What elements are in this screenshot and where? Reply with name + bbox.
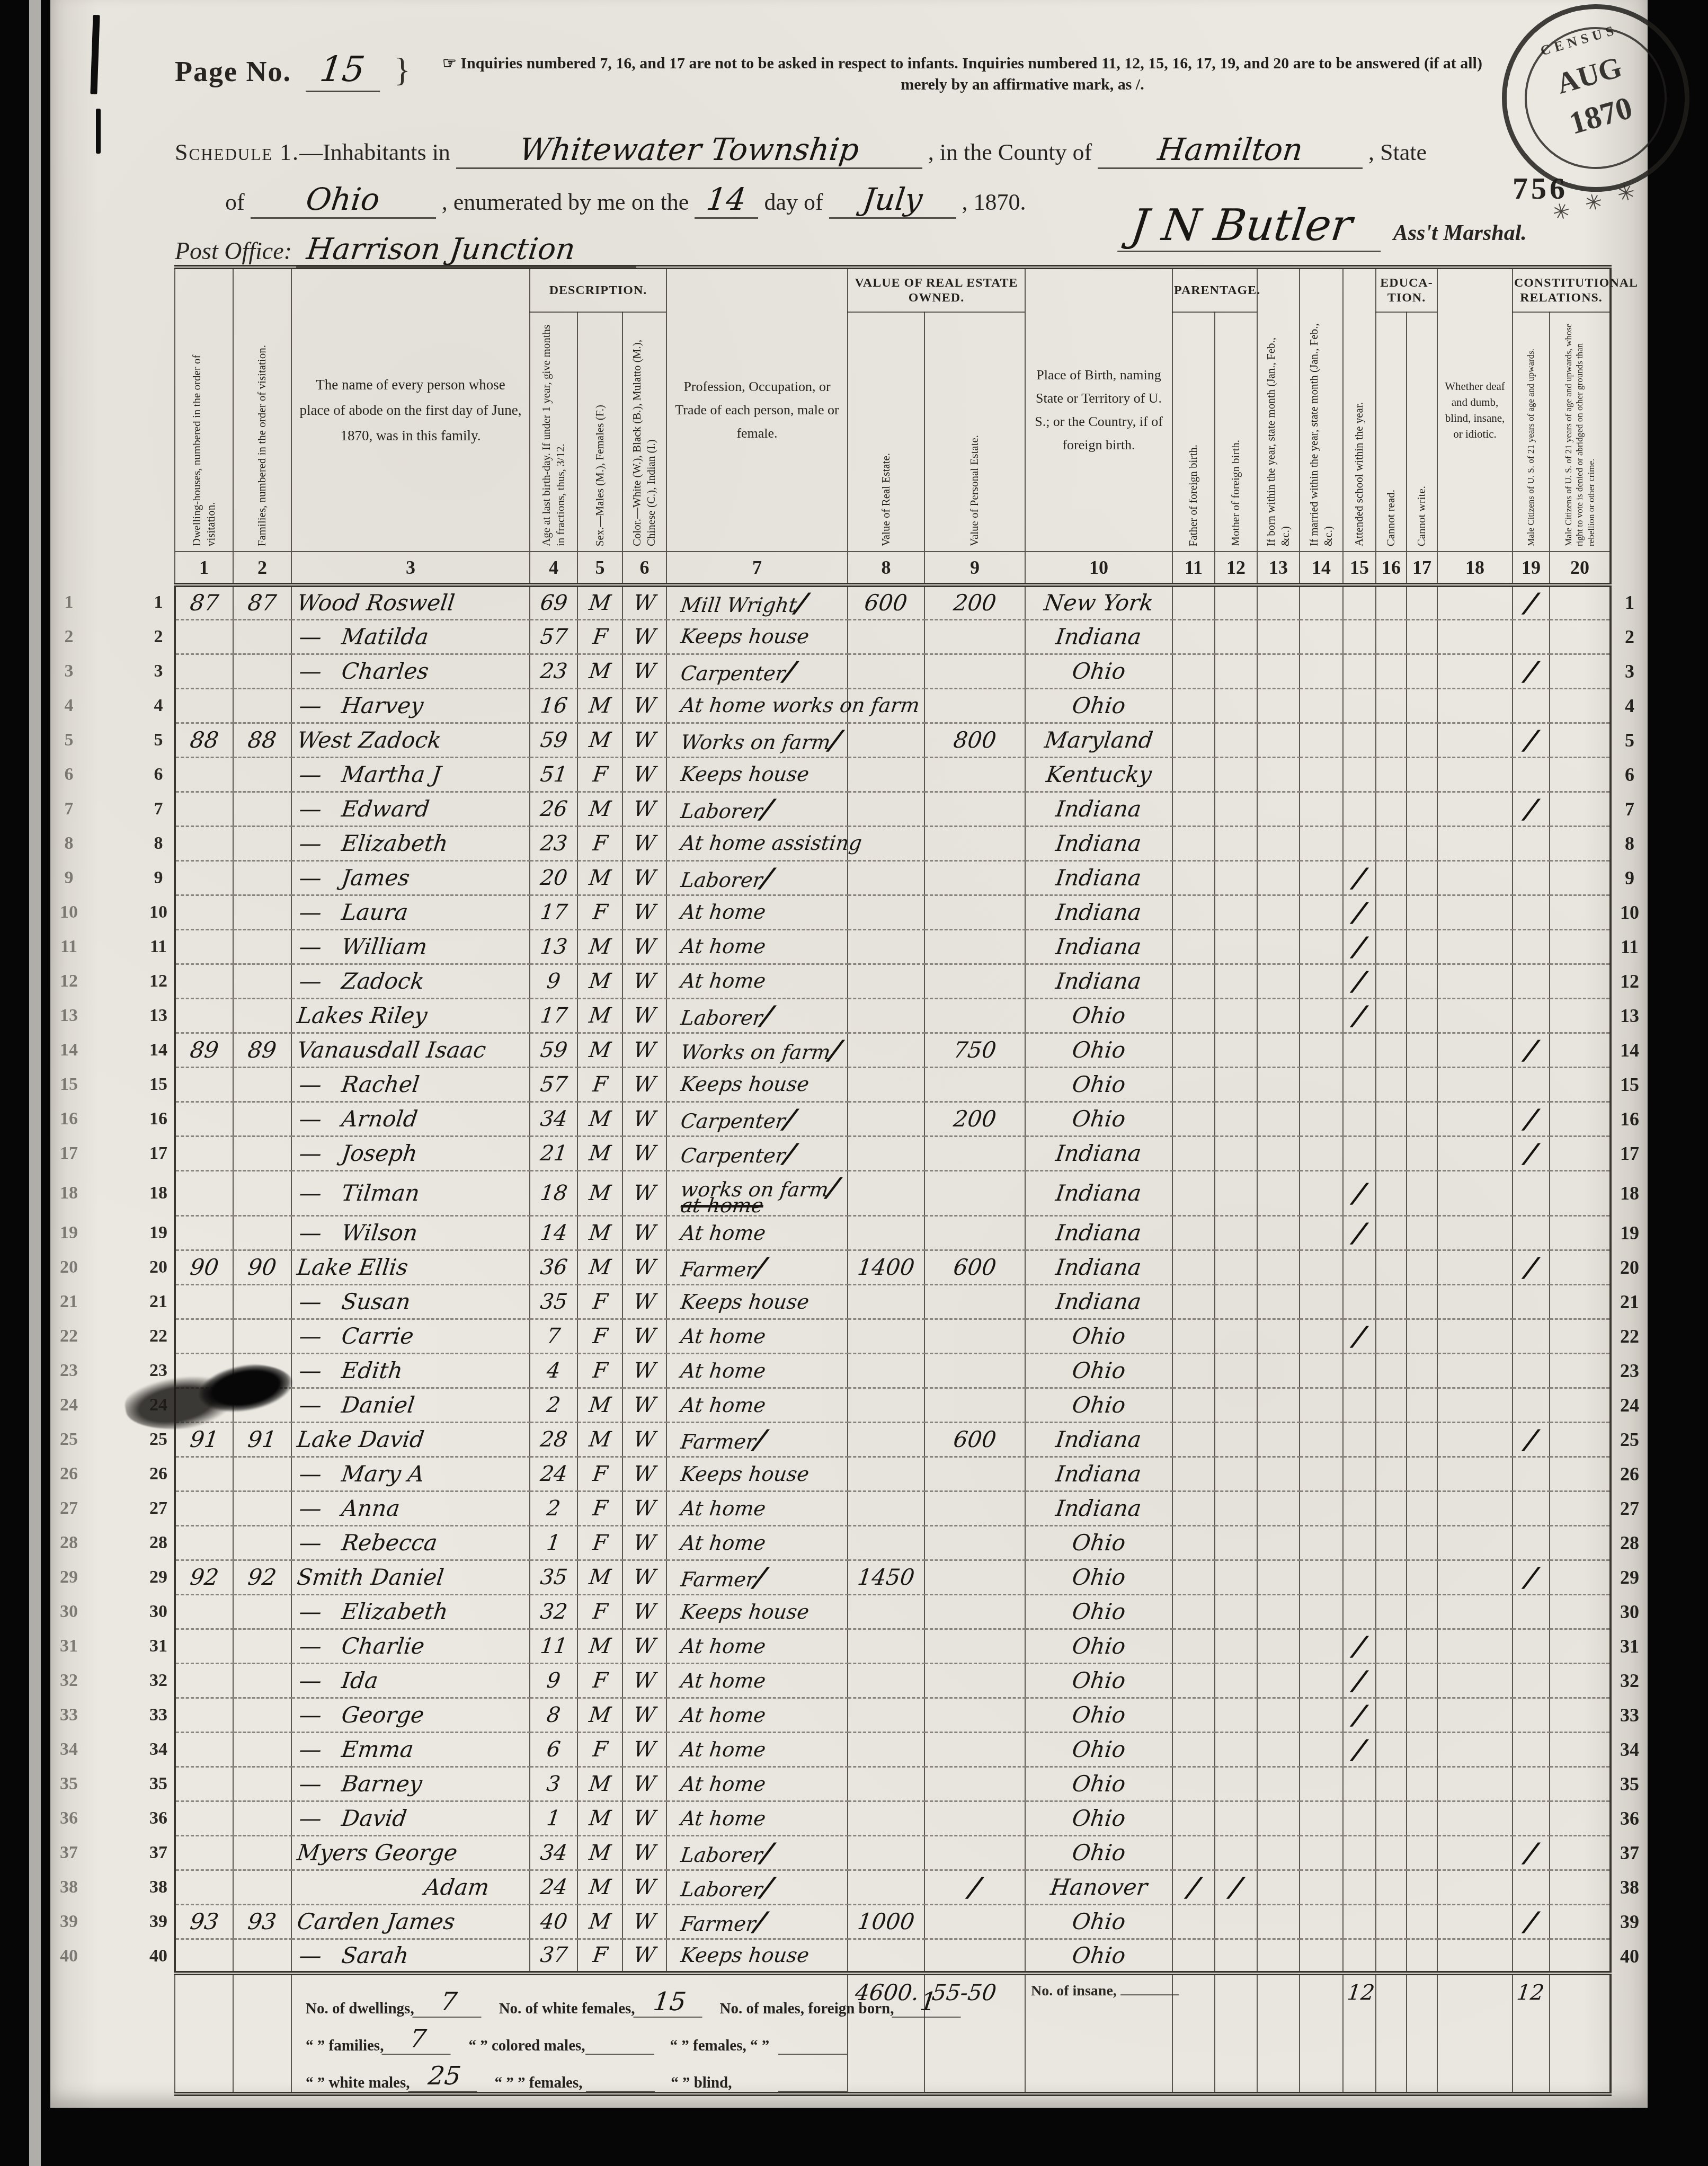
- cell-sex: M: [577, 1102, 622, 1136]
- cell-name: —Elizabeth: [291, 826, 530, 860]
- cell-sex: M: [577, 654, 622, 688]
- column-number: 14: [1300, 552, 1343, 585]
- struck-occupation: at home: [680, 1196, 830, 1215]
- row-number-right: 30: [1611, 1594, 1648, 1629]
- cell-attended-school: [1343, 792, 1376, 826]
- cell-birth-month: [1257, 1033, 1300, 1067]
- colored-males-value: [585, 2054, 654, 2055]
- cell-occupation: Farmer∕: [666, 1560, 848, 1594]
- cell-family-number: [233, 1457, 291, 1491]
- cell-personal-estate-value: [924, 1663, 1025, 1698]
- cell-real-estate-value: [848, 1284, 924, 1319]
- cell-father-foreign: [1172, 1766, 1215, 1801]
- rows-body: 1 1 87 87 Wood Roswell 69 M W Mill Wrigh…: [53, 585, 1648, 1973]
- row-number-left: 2: [143, 619, 175, 654]
- cell-male-citizen: ∕: [1513, 1102, 1550, 1136]
- row-number-outer: 40: [53, 1939, 85, 1973]
- cell-sex: M: [577, 1904, 622, 1939]
- footer-school-total: 12: [1343, 1973, 1376, 2094]
- cell-sex: F: [577, 1284, 622, 1319]
- row-number-outer: 9: [53, 860, 85, 895]
- colored-males-label: “ ” colored males,: [452, 2037, 585, 2055]
- cell-family-number: [233, 998, 291, 1033]
- cell-occupation: Works on farm∕: [666, 723, 848, 757]
- cell-sex: M: [577, 1629, 622, 1663]
- cell-family-number: [233, 1102, 291, 1136]
- cell-sex: M: [577, 1250, 622, 1284]
- cell-married-month: [1300, 1388, 1343, 1422]
- cell-age: 37: [530, 1939, 577, 1973]
- row-number-outer: 28: [53, 1525, 85, 1560]
- cell-cannot-read: [1376, 1663, 1407, 1698]
- cell-family-number: [233, 1732, 291, 1766]
- cell-personal-estate-value: [924, 1698, 1025, 1732]
- row-number-outer: 11: [53, 929, 85, 964]
- group-header-value: VALUE OF REAL ESTATE OWNED.: [848, 267, 1025, 312]
- cell-vote-denied: [1550, 1732, 1611, 1766]
- cell-occupation: At home: [666, 1491, 848, 1525]
- table-row: 17 17 —Joseph 21 M W Carpenter∕ Indiana …: [53, 1136, 1648, 1170]
- cell-birthplace: Ohio: [1025, 688, 1172, 723]
- cell-personal-estate-value: [924, 619, 1025, 654]
- cell-cannot-read: [1376, 1629, 1407, 1663]
- cell-disability: [1437, 1284, 1513, 1319]
- cell-attended-school: [1343, 1525, 1376, 1560]
- cell-birth-month: [1257, 1067, 1300, 1102]
- cell-family-number: [233, 1629, 291, 1663]
- cell-occupation: Carpenter∕: [666, 1136, 848, 1170]
- cell-cannot-read: [1376, 826, 1407, 860]
- cell-male-citizen: ∕: [1513, 654, 1550, 688]
- cell-birth-month: [1257, 1663, 1300, 1698]
- row-number-right: 31: [1611, 1629, 1648, 1663]
- cell-real-estate-value: [848, 1319, 924, 1353]
- cell-dwelling-number: [175, 1629, 233, 1663]
- foreign-females-label: “ ” ” females,: [479, 2074, 586, 2092]
- cell-color: W: [622, 1215, 666, 1250]
- cell-cannot-read: [1376, 619, 1407, 654]
- cell-attended-school: [1343, 1491, 1376, 1525]
- cell-father-foreign: [1172, 1525, 1215, 1560]
- cell-attended-school: ∕: [1343, 964, 1376, 998]
- cell-vote-denied: [1550, 619, 1611, 654]
- cell-male-citizen: ∕: [1513, 1560, 1550, 1594]
- cell-cannot-read: [1376, 1215, 1407, 1250]
- cell-birth-month: [1257, 619, 1300, 654]
- post-office-line: Post Office: Harrison Junction: [175, 232, 638, 268]
- cell-father-foreign: [1172, 1102, 1215, 1136]
- cell-age: 6: [530, 1732, 577, 1766]
- cell-name: Smith Daniel: [291, 1560, 530, 1594]
- cell-birthplace: Indiana: [1025, 826, 1172, 860]
- cell-sex: M: [577, 1766, 622, 1801]
- signature-line: J N Butler Ass't Marshal.: [1120, 200, 1527, 252]
- row-number-outer: 3: [53, 654, 85, 688]
- cell-color: W: [622, 1698, 666, 1732]
- cell-real-estate-value: [848, 1422, 924, 1457]
- row-number-right: 1: [1611, 585, 1648, 619]
- cell-father-foreign: [1172, 1388, 1215, 1422]
- cell-married-month: [1300, 1594, 1343, 1629]
- affirmative-tick: ∕: [1351, 896, 1368, 928]
- cell-birthplace: Indiana: [1025, 1215, 1172, 1250]
- cell-real-estate-value: [848, 998, 924, 1033]
- row-number-outer: 21: [53, 1284, 85, 1319]
- cell-color: W: [622, 1457, 666, 1491]
- cell-disability: [1437, 723, 1513, 757]
- cell-father-foreign: [1172, 1250, 1215, 1284]
- cell-father-foreign: [1172, 723, 1215, 757]
- column-header-occupation: Profession, Occupation, or Trade of each…: [666, 267, 848, 552]
- cell-birth-month: [1257, 895, 1300, 929]
- cell-cannot-read: [1376, 1388, 1407, 1422]
- row-number-outer: 1: [53, 585, 85, 619]
- cell-occupation: At home: [666, 895, 848, 929]
- row-number-outer: 22: [53, 1319, 85, 1353]
- cell-disability: [1437, 860, 1513, 895]
- cell-sex: M: [577, 1801, 622, 1835]
- cell-birth-month: [1257, 1629, 1300, 1663]
- cell-vote-denied: [1550, 1835, 1611, 1870]
- ditto-dash: —: [290, 658, 323, 684]
- cell-personal-estate-value: [924, 1732, 1025, 1766]
- row-number-left: 4: [143, 688, 175, 723]
- ditto-dash: —: [290, 1702, 323, 1728]
- cell-male-citizen: [1513, 1215, 1550, 1250]
- cell-family-number: [233, 1525, 291, 1560]
- column-header-school: Attended school within the year.: [1343, 267, 1376, 552]
- table-row: 30 30 —Elizabeth 32 F W Keeps house Ohio…: [53, 1594, 1648, 1629]
- cell-name: Myers George: [291, 1835, 530, 1870]
- cell-father-foreign: [1172, 1422, 1215, 1457]
- column-header-birth-month: If born within the year, state month (Ja…: [1257, 267, 1300, 552]
- cell-dwelling-number: [175, 1732, 233, 1766]
- cell-name: Lake Ellis: [291, 1250, 530, 1284]
- cell-cannot-write: [1407, 688, 1437, 723]
- ditto-dash: —: [290, 796, 323, 822]
- column-header-real-estate: Value of Real Estate.: [848, 312, 924, 552]
- cell-personal-estate-value: [924, 1629, 1025, 1663]
- row-number-right: 29: [1611, 1560, 1648, 1594]
- ditto-dash: —: [290, 1530, 323, 1556]
- cell-attended-school: [1343, 1033, 1376, 1067]
- table-row: 12 12 —Zadock 9 M W At home Indiana ∕ 12: [53, 964, 1648, 998]
- row-number-outer: 4: [53, 688, 85, 723]
- cell-occupation: Farmer∕: [666, 1904, 848, 1939]
- cell-mother-foreign: [1215, 654, 1257, 688]
- cell-cannot-write: [1407, 998, 1437, 1033]
- column-number: 4: [530, 552, 577, 585]
- cell-cannot-read: [1376, 860, 1407, 895]
- cell-cannot-write: [1407, 1698, 1437, 1732]
- cell-mother-foreign: [1215, 1250, 1257, 1284]
- cell-personal-estate-value: [924, 998, 1025, 1033]
- footer-real-estate-total: 4600.: [848, 1973, 924, 2094]
- cell-family-number: 90: [233, 1250, 291, 1284]
- cell-real-estate-value: [848, 654, 924, 688]
- cell-name: —Wilson: [291, 1215, 530, 1250]
- affirmative-tick: ∕: [1185, 1871, 1203, 1903]
- cell-cannot-read: [1376, 1766, 1407, 1801]
- row-number-outer: 5: [53, 723, 85, 757]
- table-row: 25 25 91 91 Lake David 28 M W Farmer∕ 60…: [53, 1422, 1648, 1457]
- cell-birth-month: [1257, 1422, 1300, 1457]
- column-number: 5: [577, 552, 622, 585]
- cell-personal-estate-value: 800: [924, 723, 1025, 757]
- table-row: 8 8 —Elizabeth 23 F W At home assisting …: [53, 826, 1648, 860]
- row-number-outer: 6: [53, 757, 85, 792]
- cell-color: W: [622, 1136, 666, 1170]
- cell-dwelling-number: [175, 1939, 233, 1973]
- cell-cannot-write: [1407, 619, 1437, 654]
- cell-personal-estate-value: [924, 1353, 1025, 1388]
- cell-dwelling-number: [175, 1319, 233, 1353]
- cell-name: —Carrie: [291, 1319, 530, 1353]
- cell-family-number: [233, 895, 291, 929]
- row-number-right: 32: [1611, 1663, 1648, 1698]
- cell-mother-foreign: [1215, 1904, 1257, 1939]
- cell-personal-estate-value: [924, 895, 1025, 929]
- cell-age: 34: [530, 1835, 577, 1870]
- cell-mother-foreign: [1215, 1732, 1257, 1766]
- cell-cannot-write: [1407, 1663, 1437, 1698]
- cell-cannot-read: [1376, 1033, 1407, 1067]
- cell-disability: [1437, 1422, 1513, 1457]
- cell-cannot-write: [1407, 1319, 1437, 1353]
- cell-attended-school: [1343, 1353, 1376, 1388]
- cell-married-month: [1300, 1170, 1343, 1215]
- cell-married-month: [1300, 757, 1343, 792]
- cell-married-month: [1300, 1491, 1343, 1525]
- blind-label: “ ” blind,: [655, 2074, 778, 2092]
- cell-vote-denied: [1550, 1560, 1611, 1594]
- cell-disability: [1437, 1136, 1513, 1170]
- cell-disability: [1437, 1067, 1513, 1102]
- cell-father-foreign: [1172, 792, 1215, 826]
- cell-mother-foreign: [1215, 1491, 1257, 1525]
- cell-male-citizen: ∕: [1513, 792, 1550, 826]
- row-number-outer: 35: [53, 1766, 85, 1801]
- cell-father-foreign: [1172, 1033, 1215, 1067]
- cell-age: 69: [530, 585, 577, 619]
- cell-occupation: Carpenter∕: [666, 1102, 848, 1136]
- cell-cannot-read: [1376, 1353, 1407, 1388]
- row-number-outer: 2: [53, 619, 85, 654]
- cell-attended-school: [1343, 1835, 1376, 1870]
- row-number-right: 11: [1611, 929, 1648, 964]
- row-number-right: 16: [1611, 1102, 1648, 1136]
- cell-real-estate-value: [848, 757, 924, 792]
- cell-father-foreign: [1172, 1136, 1215, 1170]
- binding-edge: [29, 0, 41, 2166]
- cell-male-citizen: [1513, 929, 1550, 964]
- cell-sex: M: [577, 1388, 622, 1422]
- row-number-outer: 10: [53, 895, 85, 929]
- cell-birthplace: Ohio: [1025, 1388, 1172, 1422]
- row-number-left: 7: [143, 792, 175, 826]
- cell-occupation: Farmer∕: [666, 1422, 848, 1457]
- cell-male-citizen: [1513, 1629, 1550, 1663]
- row-number-outer: 36: [53, 1801, 85, 1835]
- row-number-left: 20: [143, 1250, 175, 1284]
- cell-disability: [1437, 1215, 1513, 1250]
- row-number-outer: 37: [53, 1835, 85, 1870]
- row-number-right: 3: [1611, 654, 1648, 688]
- table-row: 5 5 88 88 West Zadock 59 M W Works on fa…: [53, 723, 1648, 757]
- cell-personal-estate-value: [924, 1835, 1025, 1870]
- cell-cannot-write: [1407, 654, 1437, 688]
- row-number-right: 22: [1611, 1319, 1648, 1353]
- cell-birthplace: Hanover: [1025, 1870, 1172, 1904]
- cell-age: 32: [530, 1594, 577, 1629]
- cell-family-number: [233, 929, 291, 964]
- schedule-label: Schedule 1.: [175, 139, 299, 165]
- cell-birthplace: Ohio: [1025, 1525, 1172, 1560]
- row-number-outer: 26: [53, 1457, 85, 1491]
- cell-cannot-read: [1376, 1835, 1407, 1870]
- ditto-dash: —: [290, 830, 323, 856]
- cell-name: —Matilda: [291, 619, 530, 654]
- cell-family-number: [233, 1170, 291, 1215]
- cell-married-month: [1300, 688, 1343, 723]
- row-number-right: 24: [1611, 1388, 1648, 1422]
- cell-personal-estate-value: [924, 1939, 1025, 1973]
- ditto-dash: —: [290, 693, 323, 718]
- column-header-cannot-read: Cannot read.: [1376, 312, 1407, 552]
- cell-occupation: At home: [666, 1629, 848, 1663]
- cell-age: 57: [530, 1067, 577, 1102]
- cell-age: 24: [530, 1457, 577, 1491]
- cell-cannot-read: [1376, 585, 1407, 619]
- blind-value: [778, 2091, 847, 2092]
- census-table: Dwelling-houses, numbered in the order o…: [53, 265, 1648, 2096]
- cell-cannot-read: [1376, 1904, 1407, 1939]
- table-row: 11 11 —William 13 M W At home Indiana ∕ …: [53, 929, 1648, 964]
- cell-color: W: [622, 1353, 666, 1388]
- row-number-outer: 14: [53, 1033, 85, 1067]
- table-footer: No. of dwellings, 7 No. of white females…: [53, 1973, 1648, 2094]
- row-number-right: 15: [1611, 1067, 1648, 1102]
- cell-father-foreign: [1172, 1319, 1215, 1353]
- cell-color: W: [622, 688, 666, 723]
- cell-married-month: [1300, 1939, 1343, 1973]
- ditto-dash: —: [290, 1392, 323, 1418]
- cell-mother-foreign: [1215, 1560, 1257, 1594]
- cell-name: Wood Roswell: [291, 585, 530, 619]
- row-number-outer: 15: [53, 1067, 85, 1102]
- cell-married-month: [1300, 1732, 1343, 1766]
- cell-dwelling-number: [175, 654, 233, 688]
- column-number: 8: [848, 552, 924, 585]
- cell-attended-school: ∕: [1343, 1629, 1376, 1663]
- colored-females-label: “ ” females, “ ”: [654, 2037, 778, 2055]
- cell-sex: M: [577, 1422, 622, 1457]
- cell-male-citizen: [1513, 688, 1550, 723]
- column-header-dwelling: Dwelling-houses, numbered in the order o…: [175, 267, 233, 552]
- cell-vote-denied: [1550, 1491, 1611, 1525]
- cell-vote-denied: [1550, 1284, 1611, 1319]
- cell-disability: [1437, 1319, 1513, 1353]
- township-field: Whitewater Township: [456, 131, 922, 169]
- cell-vote-denied: [1550, 1766, 1611, 1801]
- cell-sex: F: [577, 1353, 622, 1388]
- cell-male-citizen: [1513, 1663, 1550, 1698]
- cell-name: —Mary A: [291, 1457, 530, 1491]
- cell-sex: M: [577, 964, 622, 998]
- cell-cannot-write: [1407, 792, 1437, 826]
- row-number-left: 40: [143, 1939, 175, 1973]
- cell-attended-school: [1343, 757, 1376, 792]
- cell-occupation: At home: [666, 1698, 848, 1732]
- cell-attended-school: ∕: [1343, 860, 1376, 895]
- cell-color: W: [622, 1835, 666, 1870]
- cell-personal-estate-value: [924, 1594, 1025, 1629]
- cell-birthplace: Indiana: [1025, 1136, 1172, 1170]
- cell-mother-foreign: [1215, 1766, 1257, 1801]
- cell-age: 51: [530, 757, 577, 792]
- cell-cannot-write: [1407, 1939, 1437, 1973]
- cell-name: —Tilman: [291, 1170, 530, 1215]
- cell-cannot-write: [1407, 1491, 1437, 1525]
- ditto-dash: —: [290, 1071, 323, 1097]
- row-number-outer: 23: [53, 1353, 85, 1388]
- cell-disability: [1437, 895, 1513, 929]
- row-number-left: 22: [143, 1319, 175, 1353]
- row-number-outer: 13: [53, 998, 85, 1033]
- column-header-married-month: If married within the year, state month …: [1300, 267, 1343, 552]
- cell-disability: [1437, 585, 1513, 619]
- table-row: 19 19 —Wilson 14 M W At home Indiana ∕ 1…: [53, 1215, 1648, 1250]
- cell-vote-denied: [1550, 1033, 1611, 1067]
- table-row: 35 35 —Barney 3 M W At home Ohio 35: [53, 1766, 1648, 1801]
- cell-father-foreign: [1172, 1904, 1215, 1939]
- instruction-note: ☞ Inquiries numbered 7, 16, and 17 are n…: [442, 53, 1603, 95]
- row-number-left: 10: [143, 895, 175, 929]
- cell-name: —Laura: [291, 895, 530, 929]
- cell-male-citizen: [1513, 1170, 1550, 1215]
- ditto-dash: —: [290, 1805, 323, 1831]
- cell-name: —Harvey: [291, 688, 530, 723]
- cell-disability: [1437, 1491, 1513, 1525]
- affirmative-tick: ∕: [1523, 793, 1540, 824]
- row-number-left: 35: [143, 1766, 175, 1801]
- cell-cannot-write: [1407, 895, 1437, 929]
- cell-color: W: [622, 619, 666, 654]
- row-number-right: 13: [1611, 998, 1648, 1033]
- row-number-right: 14: [1611, 1033, 1648, 1067]
- cell-color: W: [622, 1525, 666, 1560]
- group-header-description: DESCRIPTION.: [530, 267, 666, 312]
- cell-color: W: [622, 1766, 666, 1801]
- cell-family-number: [233, 1835, 291, 1870]
- cell-dwelling-number: 87: [175, 585, 233, 619]
- column-header-age: Age at last birth-day. If under 1 year, …: [530, 312, 577, 552]
- cell-sex: F: [577, 757, 622, 792]
- row-number-outer: 30: [53, 1594, 85, 1629]
- cell-occupation: Keeps house: [666, 1457, 848, 1491]
- cell-male-citizen: [1513, 1388, 1550, 1422]
- table-row: 6 6 —Martha J 51 F W Keeps house Kentuck…: [53, 757, 1648, 792]
- cell-cannot-write: [1407, 860, 1437, 895]
- table-row: 10 10 —Laura 17 F W At home Indiana ∕ 10: [53, 895, 1648, 929]
- cell-married-month: [1300, 1284, 1343, 1319]
- cell-father-foreign: [1172, 1698, 1215, 1732]
- cell-male-citizen: [1513, 1284, 1550, 1319]
- cell-male-citizen: ∕: [1513, 1422, 1550, 1457]
- cell-vote-denied: [1550, 1525, 1611, 1560]
- cell-age: 26: [530, 792, 577, 826]
- cell-disability: [1437, 1698, 1513, 1732]
